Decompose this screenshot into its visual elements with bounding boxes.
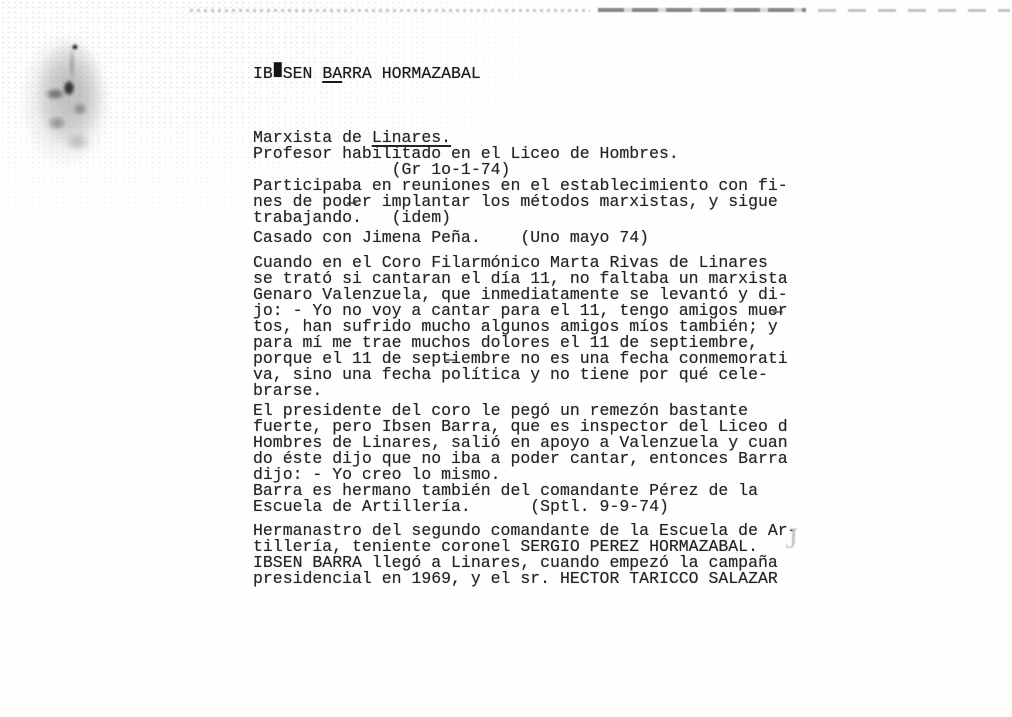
paragraph: Participaba en reuniones en el estableci…: [253, 178, 798, 226]
text-line: presidencial en 1969, y el sr. HECTOR TA…: [253, 571, 798, 587]
title-pre: IB: [253, 64, 273, 83]
scan-streak: [818, 9, 1010, 12]
overstrike-blot-icon: █: [273, 62, 283, 78]
text-line: trabajando. (idem): [253, 210, 798, 226]
paragraph: Barra es hermano también del comandante …: [253, 483, 798, 515]
paragraph: Hermanastro del segundo comandante de la…: [253, 523, 798, 587]
paragraph: Cuando en el Coro Filarmónico Marta Riva…: [253, 255, 798, 399]
text-line: Escuela de Artillería. (Sptl. 9-9-74): [253, 499, 798, 515]
paragraph: Marxista de Linares.Profesor habilitado …: [253, 130, 798, 178]
text-line: va, sino una fecha política y no tiene p…: [253, 367, 798, 383]
typewritten-text: IB█SEN BARRA HORMAZABAL Marxista de Lina…: [253, 30, 798, 619]
document-title: IB█SEN BARRA HORMAZABAL: [253, 62, 798, 78]
text-line: Casado con Jimena Peña. (Uno mayo 74): [253, 230, 798, 246]
margin-mark: J: [785, 522, 798, 556]
scanned-document-page: IB█SEN BARRA HORMAZABAL Marxista de Lina…: [0, 0, 1012, 717]
text-line: brarse.: [253, 383, 798, 399]
title-post: RRA HORMAZABAL: [342, 64, 481, 83]
title-mid: SEN: [283, 64, 323, 83]
paragraphs-container: Marxista de Linares.Profesor habilitado …: [253, 130, 798, 587]
scan-streak: [598, 8, 806, 12]
paragraph: Casado con Jimena Peña. (Uno mayo 74): [253, 230, 798, 246]
title-underlined-part: BA: [322, 64, 342, 83]
ink-smudge: [8, 2, 158, 197]
paragraph: El presidente del coro le pegó un remezó…: [253, 403, 798, 483]
scan-streak: [190, 9, 590, 12]
